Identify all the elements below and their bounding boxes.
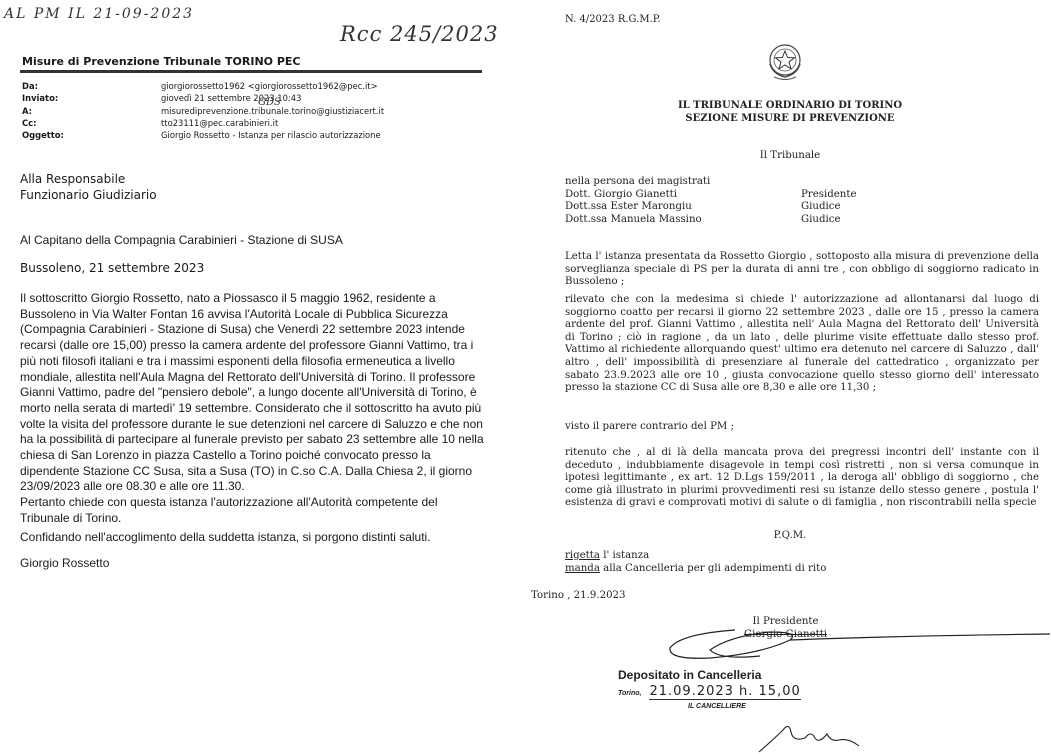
filing-stamp: Depositato in Cancelleria Torino, 21.09.… [618, 668, 801, 710]
tribunale-label: Il Tribunale [540, 150, 1040, 163]
handwritten-note: AL PM IL 21-09-2023 [4, 6, 194, 22]
field-value: Giorgio Rossetto - Istanza per rilascio … [161, 129, 381, 141]
magistrate-name: Dott.ssa Ester Marongiu [565, 201, 801, 214]
field-label: Da: [22, 80, 161, 92]
letter-signature: Giorgio Rossetto [20, 556, 109, 572]
decree-verdict: rigetta l' istanza manda alla Cancelleri… [565, 550, 826, 575]
stamp-title: Depositato in Cancelleria [618, 668, 801, 682]
handwritten-protocol-number: Rcc 245/2023 [340, 22, 499, 46]
email-field-to: A: misurediprevenzione.tribunale.torino@… [22, 105, 384, 117]
field-label: A: [22, 105, 161, 117]
pqm-heading: P.Q.M. [540, 530, 1040, 543]
field-value: tto23111@pec.carabinieri.it [161, 117, 278, 129]
recipient-block: Alla Responsabile Funzionario Giudiziari… [20, 172, 157, 203]
email-title: Misure di Prevenzione Tribunale TORINO P… [22, 55, 301, 68]
field-label: Inviato: [22, 92, 161, 104]
recipient-line: Funzionario Giudiziario [20, 188, 157, 204]
court-section: SEZIONE MISURE DI PREVENZIONE [540, 112, 1040, 125]
email-title-divider [20, 70, 482, 73]
magistrate-row: Dott.ssa Manuela Massino Giudice [565, 214, 856, 227]
email-field-sent: Inviato: giovedì 21 settembre 2023 10:43 [22, 92, 384, 104]
recipient-line: Alla Responsabile [20, 172, 157, 188]
president-signature-icon [640, 626, 1050, 666]
verdict-text: alla Cancelleria per gli adempimenti di … [600, 563, 827, 574]
verdict-line: rigetta l' istanza [565, 550, 826, 563]
letter-paragraph: Il sottoscritto Giorgio Rossetto, nato a… [20, 291, 485, 495]
stamp-place: Torino, [618, 690, 641, 697]
recipient-carabinieri: Al Capitano della Compagnia Carabinieri … [20, 233, 343, 249]
field-value: giorgiorossetto1962 <giorgiorossetto1962… [161, 80, 378, 92]
letter-date: Bussoleno, 21 settembre 2023 [20, 261, 204, 277]
magistrate-role: Giudice [801, 201, 840, 214]
stamp-date-row: Torino, 21.09.2023 h. 15,00 [618, 684, 801, 700]
letter-paragraph: Pertanto chiede con questa istanza l'aut… [20, 495, 485, 526]
magistrate-role: Giudice [801, 214, 840, 227]
verdict-verb: manda [565, 563, 600, 574]
magistrate-role: Presidente [801, 189, 856, 202]
letter-body: Il sottoscritto Giorgio Rossetto, nato a… [20, 291, 485, 527]
magistrates-intro: nella persona dei magistrati [565, 176, 856, 189]
clerk-signature-icon [755, 718, 865, 754]
stamp-datetime: 21.09.2023 h. 15,00 [649, 684, 800, 700]
magistrate-row: Dott.ssa Ester Marongiu Giudice [565, 201, 856, 214]
field-label: Oggetto: [22, 129, 161, 141]
field-value: giovedì 21 settembre 2023 10:43 [161, 92, 301, 104]
field-label: Cc: [22, 117, 161, 129]
magistrate-row: Dott. Giorgio Gianetti Presidente [565, 189, 856, 202]
italian-republic-emblem-icon [757, 40, 813, 84]
decree-paragraph-rilevato: rilevato che con la medesima si chiede l… [565, 294, 1039, 395]
decree-paragraph-ritenuto: ritenuto che , al di là della mancata pr… [565, 447, 1039, 510]
magistrates-block: nella persona dei magistrati Dott. Giorg… [565, 176, 856, 226]
letter-closing: Confidando nell'accoglimento della sudde… [20, 530, 431, 546]
register-number: N. 4/2023 R.G.M.P. [565, 14, 661, 27]
email-field-from: Da: giorgiorossetto1962 <giorgiorossetto… [22, 80, 384, 92]
court-heading: IL TRIBUNALE ORDINARIO DI TORINO SEZIONE… [540, 99, 1040, 125]
field-value: misurediprevenzione.tribunale.torino@giu… [161, 105, 384, 117]
verdict-line: manda alla Cancelleria per gli adempimen… [565, 563, 826, 576]
email-header-fields: Da: giorgiorossetto1962 <giorgiorossetto… [22, 80, 384, 141]
decree-place-date: Torino , 21.9.2023 [531, 590, 626, 603]
stamp-footer: IL CANCELLIERE [688, 703, 801, 710]
magistrate-name: Dott. Giorgio Gianetti [565, 189, 801, 202]
verdict-text: l' istanza [600, 550, 649, 561]
court-name: IL TRIBUNALE ORDINARIO DI TORINO [540, 99, 1040, 112]
decree-paragraph-visto: visto il parere contrario del PM ; [565, 421, 1039, 434]
email-field-subject: Oggetto: Giorgio Rossetto - Istanza per … [22, 129, 384, 141]
verdict-verb: rigetta [565, 550, 600, 561]
magistrate-name: Dott.ssa Manuela Massino [565, 214, 801, 227]
decree-paragraph-letta: Letta l' istanza presentata da Rossetto … [565, 251, 1039, 289]
email-field-cc: Cc: tto23111@pec.carabinieri.it [22, 117, 384, 129]
